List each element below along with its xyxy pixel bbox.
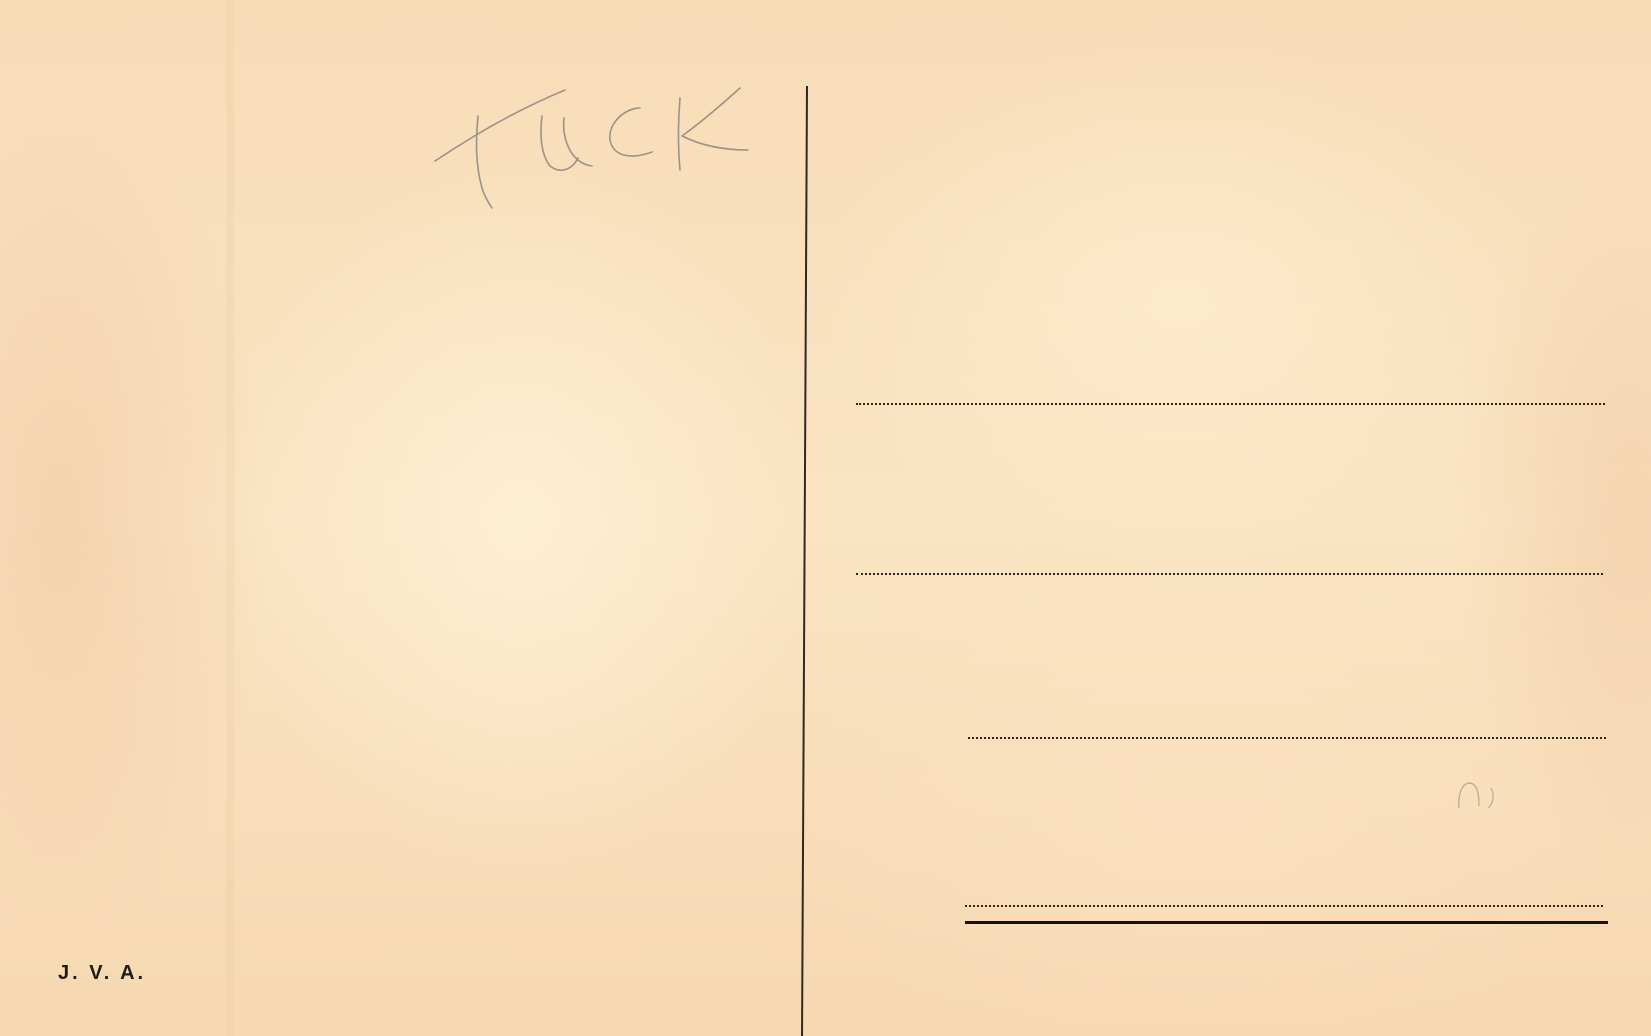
address-line-4 bbox=[965, 905, 1603, 907]
address-line-1 bbox=[856, 403, 1605, 405]
pencil-scribble bbox=[1455, 778, 1500, 813]
address-line-3 bbox=[968, 737, 1606, 739]
center-divider-line bbox=[801, 86, 808, 1036]
pencil-handwriting: Tuck bbox=[430, 78, 760, 218]
postcard-back: Tuck J. V. A. bbox=[0, 0, 1651, 1036]
address-underline bbox=[965, 921, 1608, 924]
publisher-mark: J. V. A. bbox=[58, 962, 146, 985]
address-line-2 bbox=[856, 573, 1603, 575]
paper-shading bbox=[226, 0, 234, 1036]
